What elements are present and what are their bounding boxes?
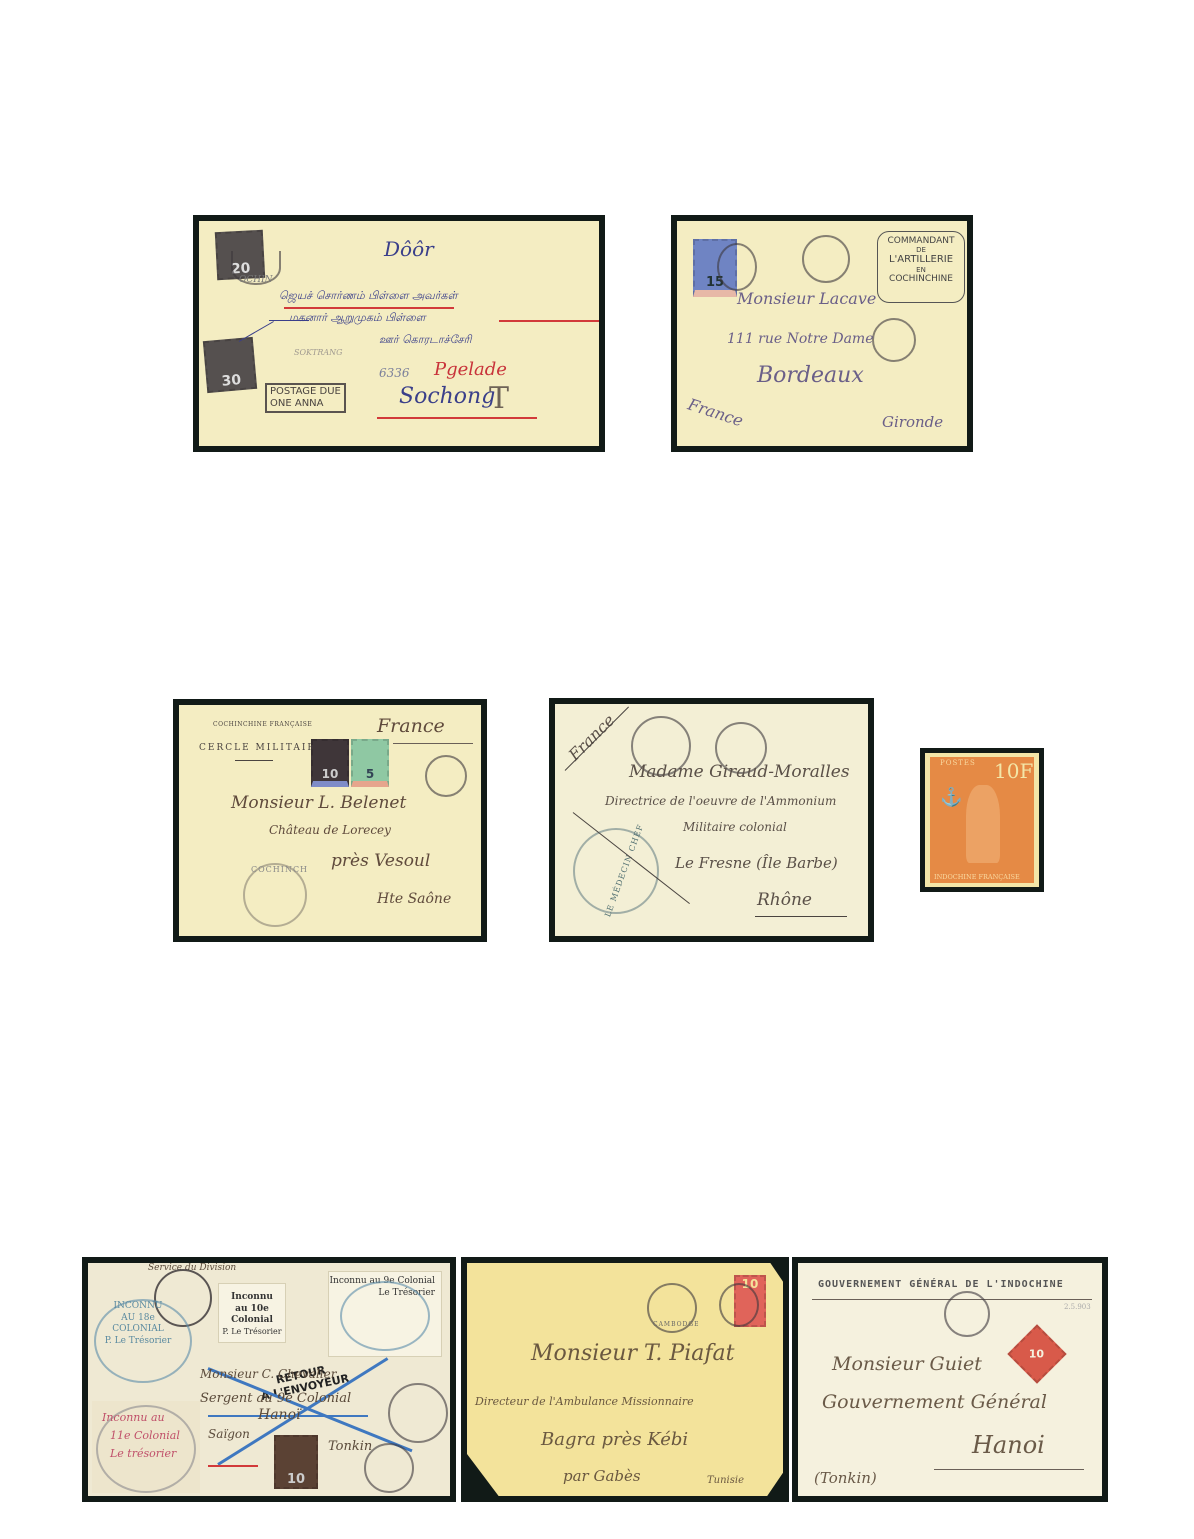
cover-paper: COCHINCHINE FRANÇAISE CERCLE MILITAIRE 1…: [179, 705, 481, 936]
postage-due-cover[interactable]: 20 OCHIN 30 POSTAGE DUEONE ANNA Dôôr ஜெய…: [193, 215, 605, 452]
handwritten-top: Dôôr: [384, 237, 434, 261]
postmark-bordeaux: [872, 318, 916, 362]
blue-bracket-line: [239, 321, 274, 342]
address-line-1: Monsieur C. Chevalier: [200, 1367, 336, 1381]
address-underline: [934, 1469, 1084, 1470]
postmark-tonkin: [388, 1383, 448, 1443]
stamp-10: 10: [311, 739, 349, 787]
stamp-figure: [966, 785, 1000, 863]
handwritten-name: Sochong: [399, 384, 495, 409]
stamp-design: POSTES 10F ⚓ INDOCHINE FRANÇAISE: [930, 757, 1034, 883]
address-line-3: Hanoi: [972, 1431, 1045, 1459]
address-line-3: Hanoï: [258, 1407, 300, 1423]
destination-country: France: [685, 395, 745, 431]
cover-paper: Service du Division INCONNU AU 18e COLON…: [88, 1263, 450, 1496]
address-line-1: Madame Giraud-Moralles: [629, 762, 850, 782]
address-line-2: Château de Lorecey: [269, 823, 391, 837]
cover-paper: France LE MÉDECIN CHEF Madame Giraud-Mor…: [555, 704, 868, 936]
returned-cover[interactable]: Service du Division INCONNU AU 18e COLON…: [82, 1257, 456, 1502]
postmark-partial-text: COCHINCH: [251, 865, 308, 874]
stamp-5: 5: [351, 739, 389, 787]
yellow-cover[interactable]: CAMBODGE 10 Monsieur T. Piafat Directeur…: [461, 1257, 789, 1502]
postage-due-stamp-10: 10: [274, 1435, 318, 1489]
tax-mark: T: [489, 381, 509, 416]
postmark-cochinchine: [944, 1291, 990, 1337]
cercle-militaire-cover[interactable]: COCHINCHINE FRANÇAISE CERCLE MILITAIRE 1…: [173, 699, 487, 942]
address-line-5: Rhône: [757, 890, 812, 910]
artillerie-hex-cachet: COMMANDANT DE L'ARTILLERIE EN COCHINCHIN…: [877, 231, 965, 303]
pencil-number: 6336: [379, 366, 410, 380]
address-line-2: Directrice de l'oeuvre de l'Ammonium: [605, 794, 836, 808]
address-city: Bordeaux: [757, 363, 864, 388]
postmark-octagonal: [717, 243, 757, 291]
single-stamp-10f[interactable]: POSTES 10F ⚓ INDOCHINE FRANÇAISE: [920, 748, 1044, 892]
cover-paper: 15 COMMANDANT DE L'ARTILLERIE EN COCHINC…: [677, 221, 967, 446]
red-underline: [377, 417, 537, 419]
stamp-paper: POSTES 10F ⚓ INDOCHINE FRANÇAISE: [925, 753, 1039, 887]
red-note-line-3: Le trésorier: [110, 1447, 176, 1460]
address-line-2: 111 rue Notre Dame: [727, 331, 873, 347]
pencil-note: SOKTRANG: [294, 348, 343, 357]
stamp-top-text: POSTES: [940, 759, 976, 767]
stampless-military-cover[interactable]: France LE MÉDECIN CHEF Madame Giraud-Mor…: [549, 698, 874, 942]
red-underline: [499, 320, 599, 322]
cover-paper: CAMBODGE 10 Monsieur T. Piafat Directeur…: [467, 1263, 783, 1496]
address-line-4: Le Fresne (Île Barbe): [675, 854, 838, 872]
red-note-line-2: 11e Colonial: [110, 1429, 180, 1442]
postmark-arrival: [425, 755, 467, 797]
postmark-text: CAMBODGE: [653, 1321, 700, 1328]
diagonal-line: [565, 707, 629, 771]
destination-country: France: [377, 715, 445, 737]
stamp-value: 10F: [994, 759, 1033, 783]
letterhead-line-1: COCHINCHINE FRANÇAISE: [213, 721, 312, 728]
stamp-10-red: 10: [1007, 1324, 1066, 1383]
postage-due-boxed-mark: POSTAGE DUEONE ANNA: [265, 383, 346, 413]
address-line-2: Directeur de l'Ambulance Missionnaire: [475, 1395, 694, 1408]
cover-paper: 20 OCHIN 30 POSTAGE DUEONE ANNA Dôôr ஜெய…: [199, 221, 599, 446]
address-line-1: Monsieur Lacave: [737, 289, 876, 308]
address-line-1: Monsieur Guiet: [832, 1353, 982, 1375]
destination-underline: [393, 743, 473, 744]
handwritten-red-name: Pgelade: [434, 359, 507, 380]
military-cover[interactable]: 15 COMMANDANT DE L'ARTILLERIE EN COCHINC…: [671, 215, 973, 452]
postmark-partial: [719, 1283, 759, 1327]
handwritten-line-2: மகனார் ஆறுமுகம் பிள்ளை: [289, 311, 426, 326]
handwritten-line-3: ஊர் கொரடாச்சேரி: [379, 333, 472, 348]
cachet-blue: [340, 1281, 430, 1351]
red-strike-line: [208, 1465, 258, 1467]
address-line-4: Hte Saône: [377, 891, 451, 907]
address-line-4: par Gabès: [563, 1467, 641, 1485]
address-line-4: (Tonkin): [814, 1469, 877, 1487]
blue-bracket-line: [269, 320, 309, 321]
address-underline: [755, 916, 847, 917]
destination-country: France: [565, 711, 619, 765]
postmark-corr-armees: [802, 235, 850, 283]
official-cover[interactable]: GOUVERNEMENT GÉNÉRAL DE L'INDOCHINE 2.5.…: [792, 1257, 1108, 1502]
address-line-4: Saïgon: [208, 1427, 250, 1441]
stamp-bottom-text: INDOCHINE FRANÇAISE: [934, 873, 1020, 881]
address-line-2: Gouvernement Général: [822, 1391, 1047, 1413]
handwritten-postmark-text: OCHIN: [239, 275, 273, 285]
inconnu-label: INCONNU AU 18e COLONIAL P. Le Trésorier: [94, 1301, 182, 1351]
red-note-line-1: Inconnu au: [102, 1411, 165, 1424]
letterhead: GOUVERNEMENT GÉNÉRAL DE L'INDOCHINE: [818, 1279, 1064, 1290]
address-region: Gironde: [882, 413, 943, 431]
anchor-icon: ⚓: [940, 787, 962, 808]
postmark-dap: [364, 1443, 414, 1493]
address-line-3: près Vesoul: [331, 851, 430, 871]
address-line-3: Bagra près Kébi: [541, 1429, 688, 1450]
address-line-5: Tonkin: [328, 1439, 372, 1454]
inconnu-10-label: Inconnu au 10e Colonial P. Le Trésorier: [218, 1283, 286, 1343]
address-line-2: Sergent au 9e Colonial: [200, 1391, 351, 1406]
address-line-1: Monsieur L. Belenet: [231, 793, 406, 813]
address-line-1: Monsieur T. Piafat: [531, 1341, 734, 1366]
pencil-note: 2.5.903: [1064, 1303, 1091, 1311]
address-line-3: Militaire colonial: [683, 820, 787, 834]
red-underline: [284, 307, 454, 309]
address-line-5: Tunisie: [707, 1475, 744, 1486]
letterhead-line-2: CERCLE MILITAIRE: [199, 743, 325, 753]
cover-paper: GOUVERNEMENT GÉNÉRAL DE L'INDOCHINE 2.5.…: [798, 1263, 1102, 1496]
letterhead-ornament: [235, 760, 273, 761]
handwritten-line-1: ஜெயச் சொர்ணம் பிள்ளை அவர்கள்: [279, 289, 458, 304]
postage-due-stamp-30: 30: [203, 337, 257, 393]
